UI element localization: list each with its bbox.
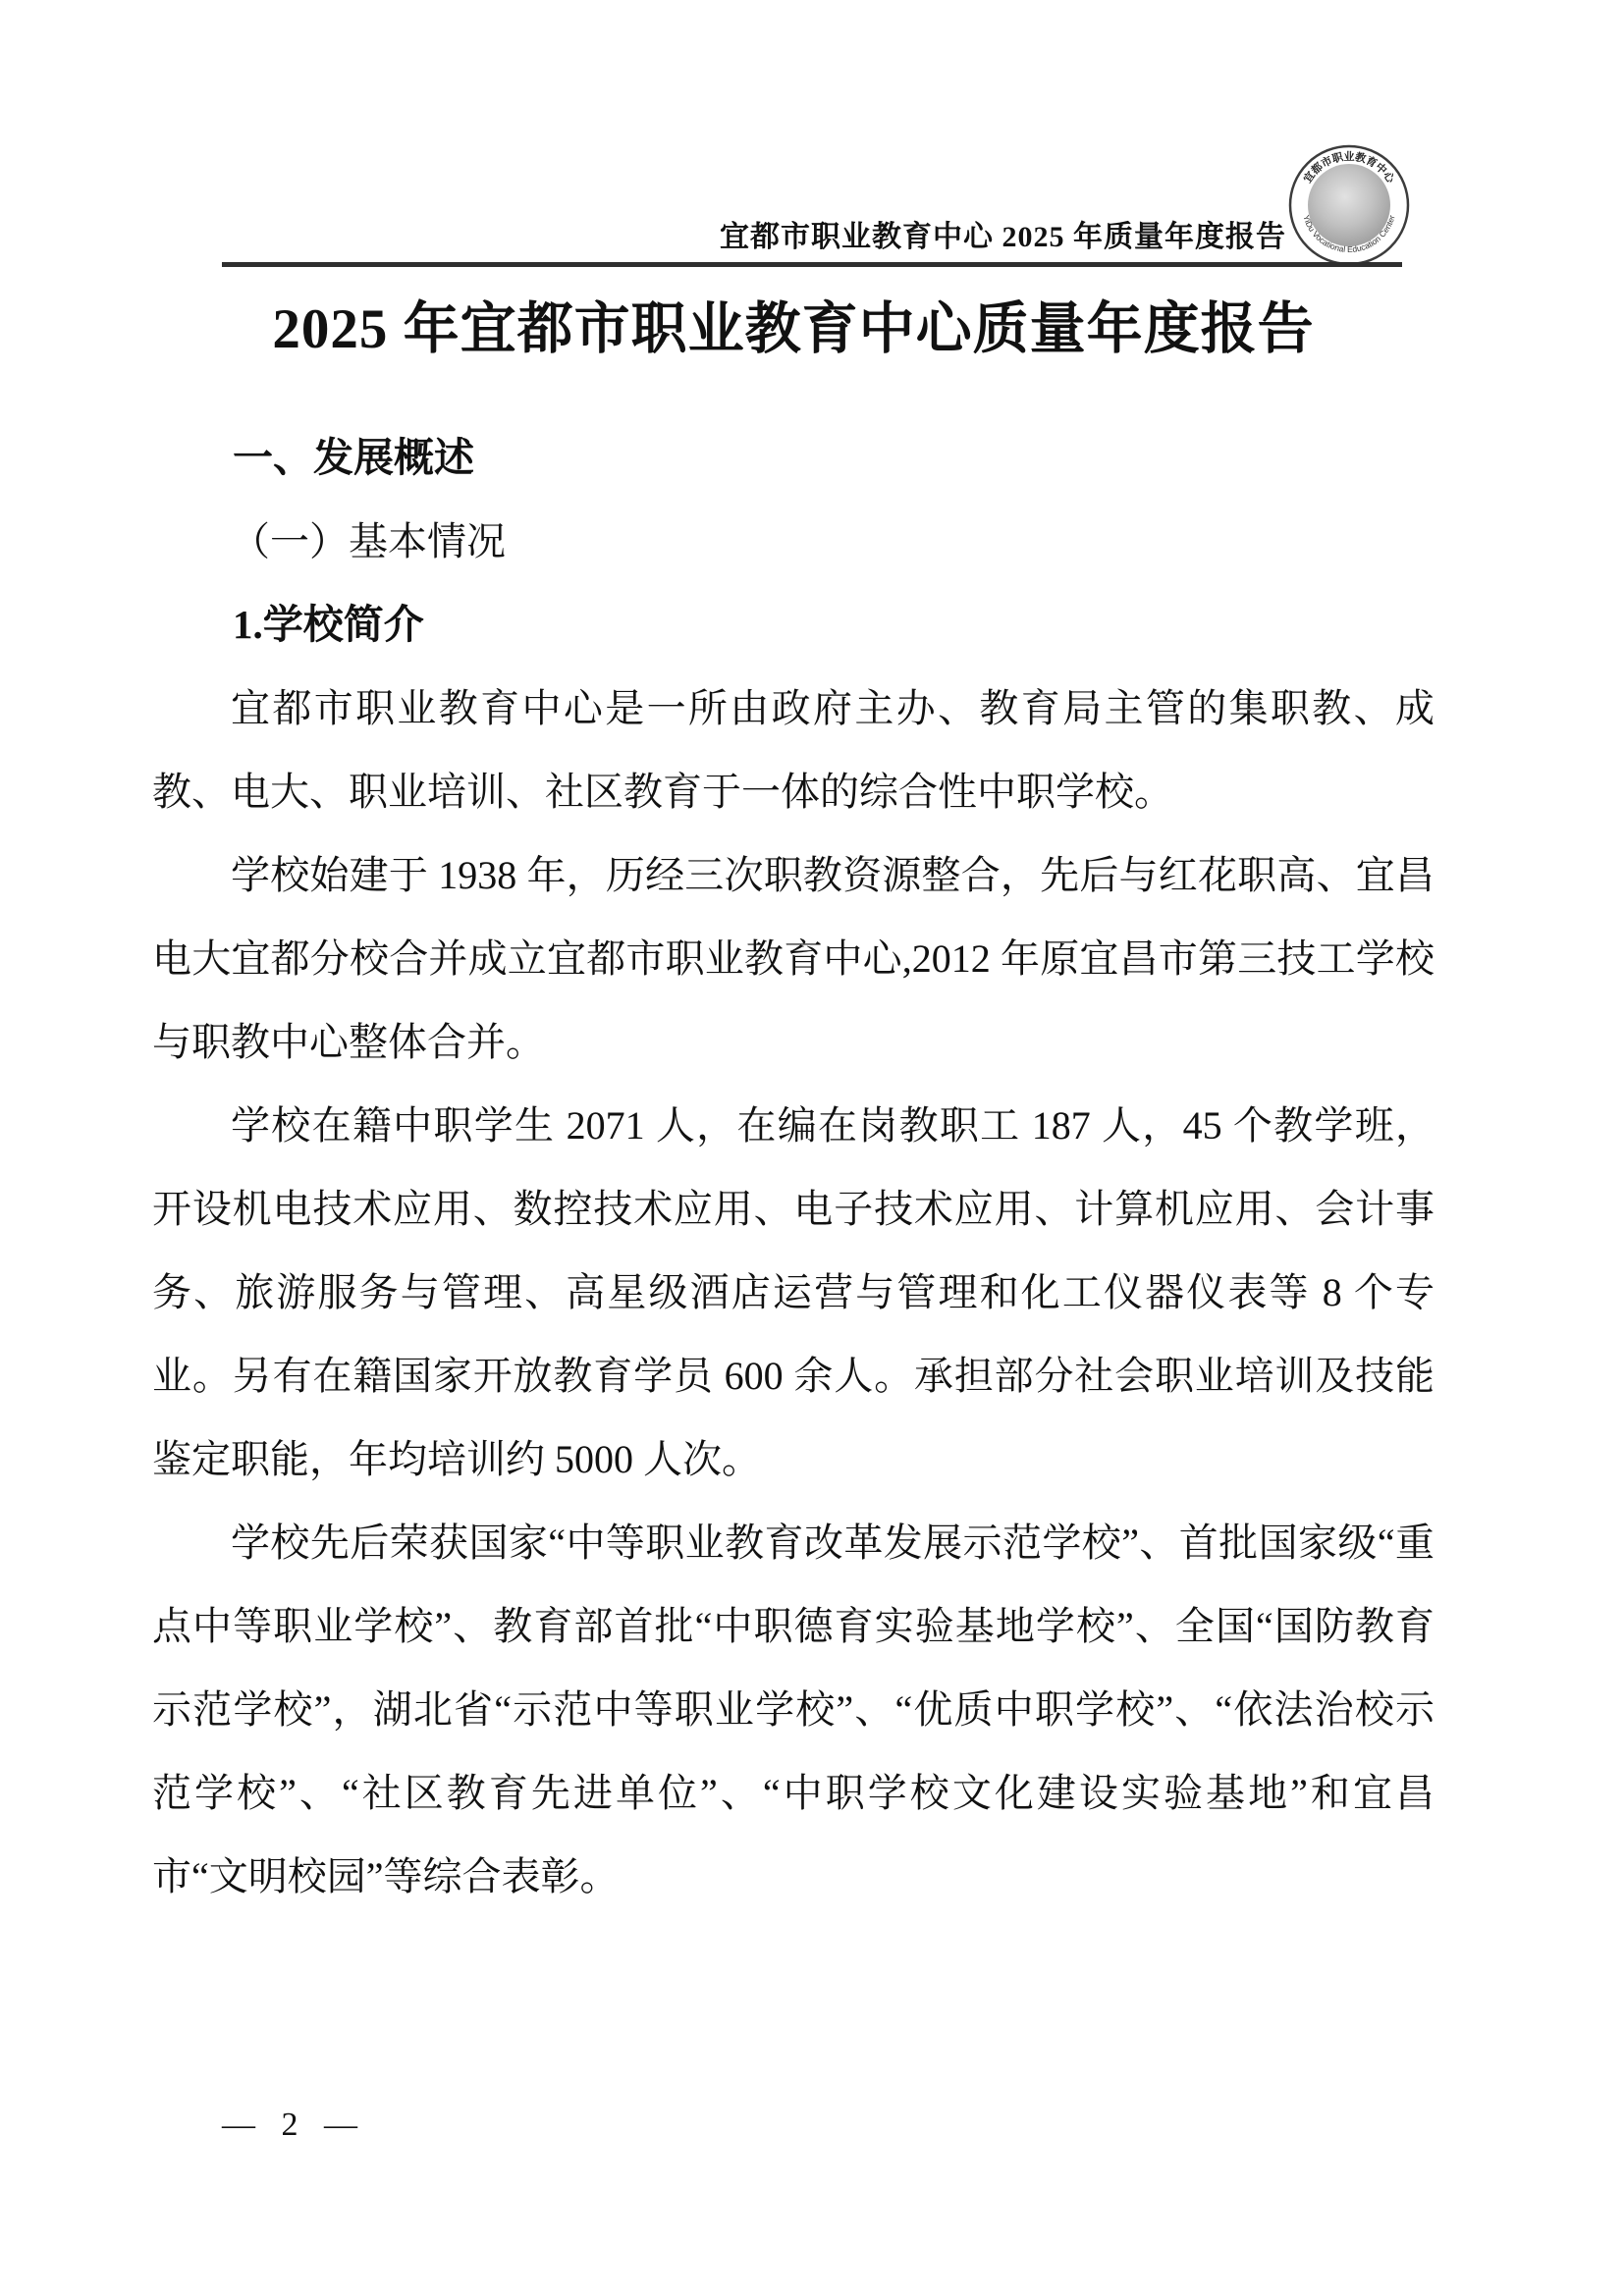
subsection-heading-school-introduction: 1.学校简介 [152, 583, 1435, 667]
page-number: — 2 — [222, 2107, 359, 2144]
subsection-heading-basic-situation: （一）基本情况 [152, 500, 1435, 583]
document-title: 2025 年宜都市职业教育中心质量年度报告 [152, 294, 1435, 365]
paragraph-group: 宜都市职业教育中心是一所由政府主办、教育局主管的集职教、成教、电大、职业培训、社… [152, 667, 1435, 1918]
paragraph-school-honors: 学校先后荣获国家“中等职业教育改革发展示范学校”、首批国家级“重点中等职业学校”… [152, 1501, 1435, 1918]
page-header-title: 宜都市职业教育中心 2025 年质量年度报告 [720, 212, 1286, 255]
school-seal-logo: 宜都市职业教育中心 YiDu Vocational Education Cent… [1287, 143, 1411, 267]
document-body: 2025 年宜都市职业教育中心质量年度报告 一、发展概述 （一）基本情况 1.学… [152, 285, 1435, 1918]
paragraph-school-history: 学校始建于 1938 年，历经三次职教资源整合，先后与红花职高、宜昌电大宜都分校… [152, 833, 1435, 1084]
paragraph-school-scale: 学校在籍中职学生 2071 人，在编在岗教职工 187 人，45 个教学班，开设… [152, 1084, 1435, 1501]
document-page: 宜都市职业教育中心 2025 年质量年度报告 宜都市职业教育中心 YiDu Vo… [0, 0, 1624, 2296]
paragraph-school-nature: 宜都市职业教育中心是一所由政府主办、教育局主管的集职教、成教、电大、职业培训、社… [152, 667, 1435, 833]
section-heading-development-overview: 一、发展概述 [152, 416, 1435, 500]
header-rule-line [222, 262, 1402, 267]
